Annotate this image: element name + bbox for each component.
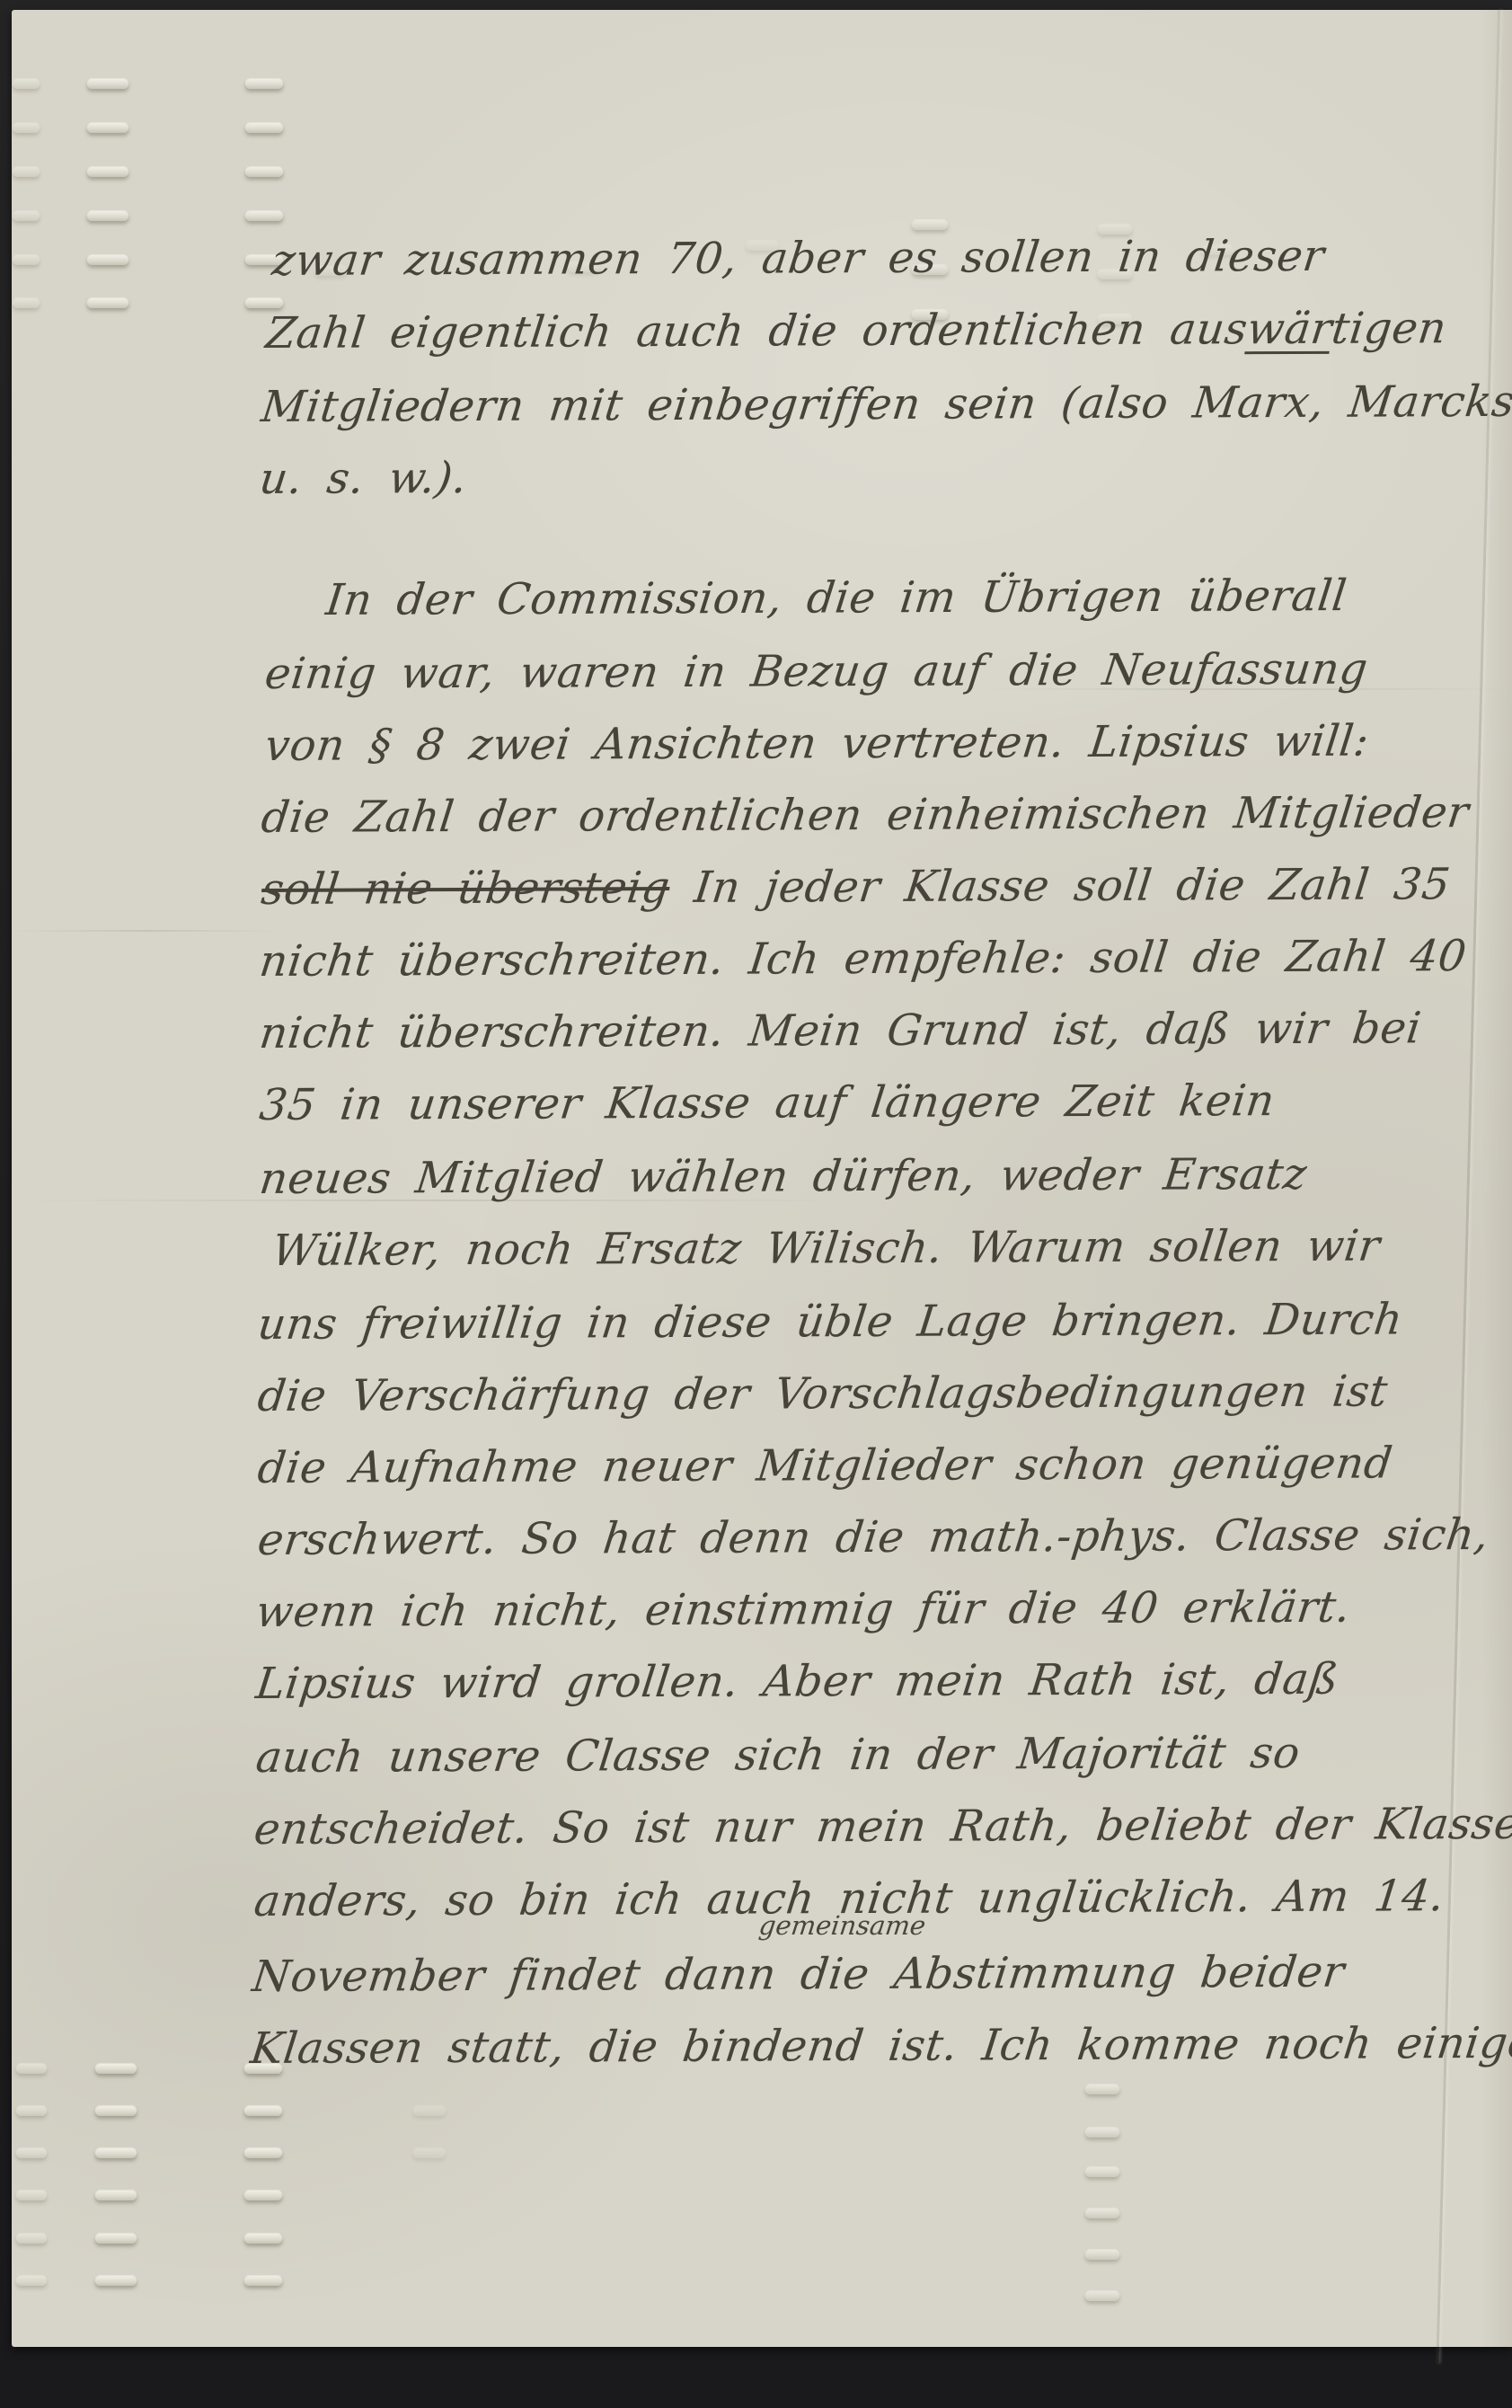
line-text: Zahl eigentlich auch die ordentlichen au… bbox=[263, 304, 1251, 359]
emboss-dash bbox=[13, 211, 40, 221]
handwritten-line-25: Klassen statt, die bindend ist. Ich komm… bbox=[248, 2018, 1512, 2074]
handwritten-line-4: u. s. w.). bbox=[257, 453, 470, 504]
emboss-dash bbox=[16, 2276, 47, 2286]
emboss-dash bbox=[245, 211, 283, 221]
emboss-dash bbox=[245, 298, 283, 308]
emboss-dash bbox=[244, 2106, 282, 2116]
emboss-dash bbox=[13, 79, 40, 89]
emboss-dash bbox=[912, 220, 948, 230]
emboss-dash bbox=[95, 2234, 137, 2244]
handwritten-line-24: November findet dann die Abstimmung beid… bbox=[250, 1947, 1348, 2002]
emboss-dash bbox=[16, 2064, 47, 2074]
emboss-dash bbox=[16, 2191, 47, 2200]
emboss-dash bbox=[244, 2276, 282, 2286]
underlined-text: wär bbox=[1244, 304, 1335, 354]
handwritten-line-13: neues Mitglied wählen dürfen, weder Ersa… bbox=[257, 1149, 1310, 1204]
emboss-dash bbox=[87, 211, 128, 221]
emboss-dash bbox=[245, 167, 283, 177]
emboss-dash bbox=[413, 2106, 446, 2116]
emboss-dash bbox=[244, 2234, 282, 2244]
line-text: In jeder Klasse soll die Zahl 35 bbox=[667, 859, 1453, 913]
emboss-dash bbox=[95, 2191, 137, 2200]
emboss-dash bbox=[13, 123, 40, 133]
inserted-word: gemeinsame bbox=[757, 1910, 927, 1941]
emboss-dash bbox=[13, 167, 40, 177]
emboss-dash bbox=[1085, 2085, 1119, 2094]
handwritten-line-9: soll nie übersteig In jeder Klasse soll … bbox=[259, 859, 1453, 915]
emboss-dash bbox=[95, 2106, 137, 2116]
emboss-dash bbox=[13, 255, 40, 265]
handwritten-line-14: Wülker, noch Ersatz Wilisch. Warum solle… bbox=[270, 1221, 1383, 1276]
page-edge-shading bbox=[1481, 10, 1512, 2347]
handwritten-line-16: die Verschärfung der Vorschlagsbedingung… bbox=[255, 1367, 1391, 1421]
emboss-dash bbox=[245, 79, 283, 89]
handwritten-line-17: die Aufnahme neuer Mitglieder schon genü… bbox=[255, 1438, 1395, 1493]
handwritten-line-20: Lipsius wird grollen. Aber mein Rath ist… bbox=[253, 1654, 1341, 1709]
handwritten-line-18: erschwert. So hat denn die math.-phys. C… bbox=[255, 1509, 1491, 1565]
emboss-dash bbox=[413, 2148, 446, 2158]
handwritten-line-5: In der Commission, die im Übrigen überal… bbox=[323, 571, 1349, 625]
handwritten-line-10: nicht überschreiten. Ich empfehle: soll … bbox=[257, 931, 1469, 987]
emboss-dash bbox=[95, 2064, 137, 2074]
emboss-dash bbox=[87, 167, 128, 177]
emboss-dash bbox=[95, 2276, 137, 2286]
emboss-dash bbox=[16, 2234, 47, 2244]
handwritten-line-11: nicht überschreiten. Mein Grund ist, daß… bbox=[257, 1003, 1424, 1058]
emboss-dash bbox=[87, 298, 128, 308]
scan-background: zwar zusammen 70, aber es sollen in dies… bbox=[0, 0, 1512, 2408]
emboss-dash bbox=[13, 298, 40, 308]
handwritten-line-8: die Zahl der ordentlichen einheimischen … bbox=[259, 787, 1472, 843]
handwritten-line-15: uns freiwillig in diese üble Lage bringe… bbox=[255, 1294, 1405, 1350]
emboss-dash bbox=[16, 2106, 47, 2116]
emboss-dash bbox=[87, 79, 128, 89]
emboss-dash bbox=[245, 123, 283, 133]
handwritten-line-3: Mitgliedern mit einbegriffen sein (also … bbox=[259, 376, 1512, 432]
handwritten-line-19: wenn ich nicht, einstimmig für die 40 er… bbox=[253, 1582, 1353, 1637]
handwritten-line-21: auch unsere Classe sich in der Majorität… bbox=[253, 1728, 1303, 1783]
fold-crease bbox=[12, 930, 281, 932]
struck-text: soll nie übersteig bbox=[259, 863, 673, 915]
line-text: tigen bbox=[1329, 303, 1449, 354]
handwritten-line-7: von § 8 zwei Ansichten vertreten. Lipsiu… bbox=[262, 716, 1372, 771]
emboss-dash bbox=[1085, 2128, 1119, 2138]
handwritten-line-22: entscheidet. So ist nur mein Rath, belie… bbox=[252, 1799, 1512, 1855]
emboss-dash bbox=[95, 2148, 137, 2158]
handwritten-line-1: zwar zusammen 70, aber es sollen in dies… bbox=[270, 231, 1327, 286]
handwritten-line-6: einig war, waren in Bezug auf die Neufas… bbox=[262, 644, 1371, 699]
emboss-dash bbox=[1085, 2209, 1119, 2218]
emboss-dash bbox=[1085, 2291, 1119, 2301]
letter-page: zwar zusammen 70, aber es sollen in dies… bbox=[12, 10, 1512, 2347]
emboss-dash bbox=[87, 255, 128, 265]
handwritten-line-2: Zahl eigentlich auch die ordentlichen au… bbox=[263, 303, 1449, 359]
emboss-dash bbox=[87, 123, 128, 133]
emboss-dash bbox=[244, 2148, 282, 2158]
emboss-dash bbox=[244, 2191, 282, 2200]
emboss-dash bbox=[16, 2148, 47, 2158]
emboss-dash bbox=[1085, 2167, 1119, 2177]
handwritten-line-12: 35 in unserer Klasse auf längere Zeit ke… bbox=[257, 1076, 1278, 1130]
emboss-dash bbox=[1085, 2250, 1119, 2260]
